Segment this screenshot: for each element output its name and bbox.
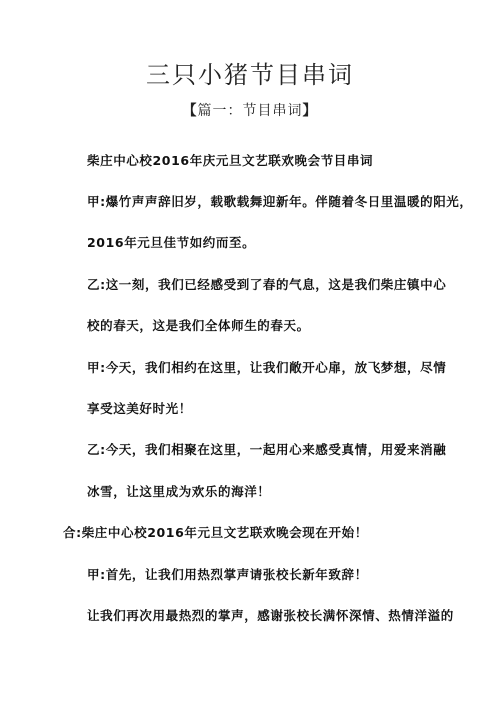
script-line: 乙:今天，我们相聚在这里，一起用心来感受真情，用爱来消融	[87, 441, 446, 459]
script-line: 2016年元旦佳节如约而至。	[87, 234, 255, 252]
script-line: 甲:首先，让我们用热烈掌声请张校长新年致辞！	[87, 566, 368, 584]
program-heading: 柴庄中心校2016年庆元旦文艺联欢晚会节目串词	[87, 152, 373, 170]
subtitle-open-bracket: 【	[183, 103, 198, 119]
script-line: 乙:这一刻，我们已经感受到了春的气息，这是我们柴庄镇中心	[87, 276, 446, 294]
script-line: 享受这美好时光！	[87, 400, 192, 418]
subtitle-close-bracket: 】	[303, 103, 318, 119]
script-line-together: 合:柴庄中心校2016年元旦文艺联欢晚会现在开始！	[63, 524, 368, 542]
script-line: 冰雪，让这里成为欢乐的海洋！	[87, 483, 270, 501]
script-line: 甲:今天，我们相约在这里，让我们敞开心扉，放飞梦想，尽情	[87, 359, 446, 377]
subtitle-text: 篇一：节目串词	[198, 103, 303, 119]
script-line: 校的春天，这是我们全体师生的春天。	[87, 317, 310, 335]
script-line: 让我们再次用最热烈的掌声，感谢张校长满怀深情、热情洋溢的	[87, 607, 454, 625]
script-line: 甲:爆竹声声辞旧岁，载歌载舞迎新年。伴随着冬日里温暖的阳光，	[87, 193, 473, 211]
document-page: 三只小猪节目串词 【篇一：节目串词】 柴庄中心校2016年庆元旦文艺联欢晚会节目…	[0, 0, 500, 707]
document-subtitle: 【篇一：节目串词】	[0, 101, 500, 121]
document-title: 三只小猪节目串词	[0, 60, 500, 90]
